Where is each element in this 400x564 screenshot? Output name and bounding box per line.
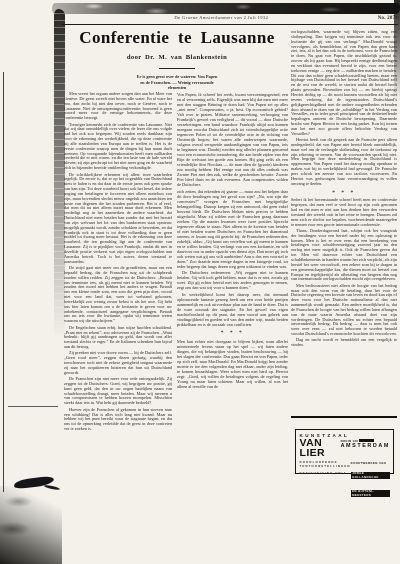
article-column-1: Men vreest het orgaan andere zorgen dan …	[64, 92, 172, 472]
text-line: Herriot heeft van dit gesprek aan de Fra…	[291, 138, 397, 186]
article-byline: door Dr. M. van Blankenstein	[64, 54, 290, 61]
ad-inverted-lines: JONGE HOLLANDSCHEEN BUITENL. MEESTERS	[351, 465, 390, 501]
ad-city: AMSTERDAM	[341, 443, 390, 449]
advertisement-van-lier: KUNSTZAAL VAN LIER ROKIN 126 AMSTERDAM D…	[295, 429, 394, 474]
headline-block: Conferentie te Lausanne door Dr. M. van …	[64, 29, 290, 91]
ad-main-row: VAN LIER ROKIN 126 AMSTERDAM	[300, 438, 391, 459]
masthead-rule	[62, 24, 398, 25]
text-line: zich zetten, dat erkenden zij gaarne — m…	[177, 189, 288, 269]
title-divider-rule	[159, 68, 195, 69]
text-line: Hoever zijn de Franschen al gekomen in h…	[64, 408, 172, 432]
text-line: De Engelschen staan erbij, hun wijze hoo…	[64, 326, 172, 350]
issue-number: No. 2874	[378, 16, 398, 21]
ad-street-address: ROKIN 126	[341, 439, 359, 443]
section-break: * * *	[291, 191, 397, 196]
text-line: EN BUITENL. MEESTERS	[351, 490, 390, 498]
masthead-row: 2 De Groene Amsterdammer van 2 Juli 1932…	[62, 15, 398, 21]
margin-tick-line	[8, 406, 58, 407]
text-line: elementen	[64, 85, 290, 91]
ad-right-small-block: KUNSTWERKEN VAN JONGE HOLLANDSCHEEN BUIT…	[351, 461, 390, 501]
text-line: Thans, Donderdagavond laat, schijnt ook …	[291, 229, 397, 282]
column-end-rule	[291, 416, 397, 418]
ad-exhibition-lines: DOORLOOPENDETENTOONSTELLINGEN	[300, 460, 351, 468]
article-lede: Er is geen geest over de wateren: Von Pa…	[64, 74, 290, 91]
scan-edge-line	[3, 72, 4, 492]
article-title: Conferentie te Lausanne	[64, 29, 290, 48]
section-break: * * *	[177, 331, 288, 336]
ad-gallery-name: VAN LIER	[300, 438, 340, 459]
text-line: Men bediscussieert niet alleen de hoogte…	[291, 284, 397, 337]
text-line: Men vreest het orgaan andere zorgen dan …	[64, 92, 172, 121]
ad-address-block: ROKIN 126 AMSTERDAM	[341, 439, 390, 450]
text-line: Sedert ik het bovenstaande schreef heeft…	[291, 198, 397, 227]
redacted-bar	[359, 439, 374, 442]
text-line: TENTOONSTELLINGEN	[300, 464, 351, 468]
text-line: Zij preeken niet voor doove ooren — bij …	[64, 351, 172, 375]
text-line: Dag en nacht wordt er bemiddeld om een v…	[291, 338, 397, 348]
text-line: De Duitschers redeneeren: „Wij zeggen ni…	[177, 270, 288, 290]
text-line: De schrikkelijkere erkennen wij allen: t…	[64, 173, 172, 265]
scan-noise-top	[52, 3, 400, 14]
article-column-3: oorlogsschulden, waarmede wij blijven zi…	[291, 30, 397, 404]
text-line: Men kan echter niet doorgaan te blijven …	[177, 339, 288, 389]
text-line: oorlogsschulden, waarmede wij blijven zi…	[291, 30, 397, 137]
text-line: JONGE HOLLANDSCHE	[351, 472, 390, 480]
text-line: Treuriger kenmerkt zich de conferentie v…	[64, 123, 172, 171]
page-number: 2	[62, 15, 65, 21]
text-line: De strijd gaat niet meer om de grondfeit…	[64, 266, 172, 324]
text-line: In werkelijkheid komt het daarop neer, d…	[177, 292, 288, 327]
article-column-2: Von Papen, ik schreef het reeds, kwam ve…	[177, 92, 288, 468]
ad-left-small-block: DOORLOOPENDETENTOONSTELLINGEN BEZICHTIGI…	[300, 460, 351, 501]
scan-noise-bottom-left	[0, 486, 62, 564]
text-line: De Franschen zijn niet meer voor rede on…	[64, 377, 172, 406]
ad-viewing-free: BEZICHTIGING VRIJ	[300, 471, 351, 475]
ad-bottom-row: DOORLOOPENDETENTOONSTELLINGEN BEZICHTIGI…	[300, 460, 391, 501]
text-line: Von Papen, ik schreef het reeds, kwam ve…	[177, 92, 288, 187]
masthead-title: De Groene Amsterdammer van 2 Juli 1932	[174, 15, 268, 20]
ad-artworks-label: KUNSTWERKEN VAN	[351, 461, 390, 465]
